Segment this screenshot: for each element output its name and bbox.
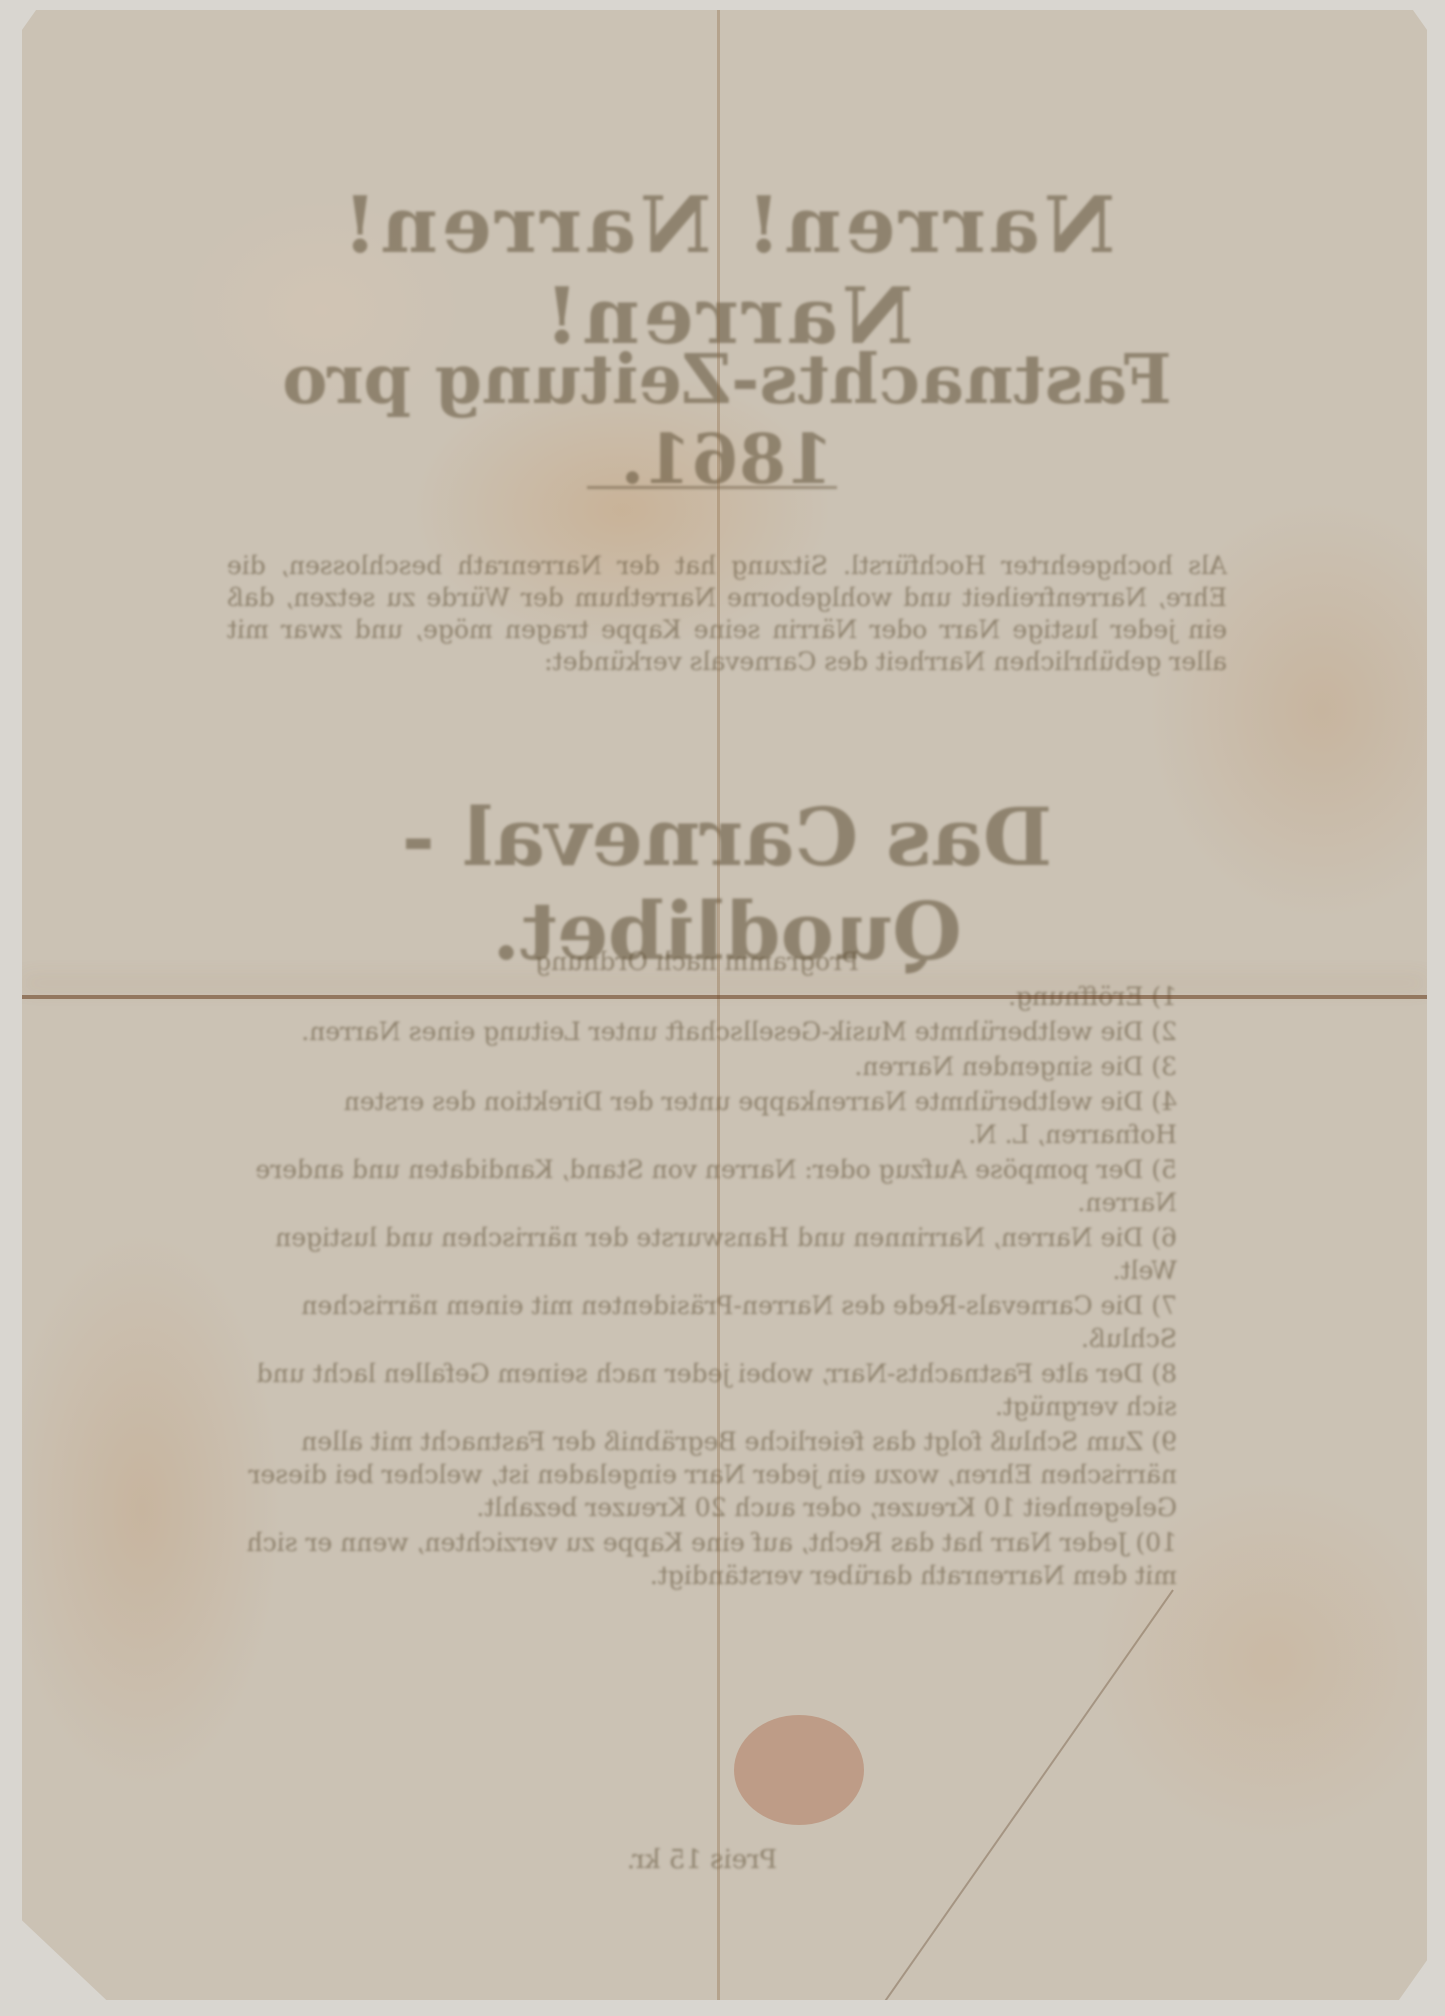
list-item: 5) Der pompöse Aufzug oder: Narren von S… bbox=[217, 1153, 1177, 1219]
list-item: 4) Die weltberühmte Narrenkappe unter de… bbox=[217, 1085, 1177, 1151]
subheadline: Fastnachts-Zeitung pro 1861. bbox=[227, 340, 1227, 500]
list-item: 9) Zum Schluß folgt das feierliche Begrä… bbox=[217, 1425, 1177, 1524]
paper-sheet: Narren! Narren! Narren! Fastnachts-Zeitu… bbox=[22, 10, 1427, 2000]
list-item: 7) Die Carnevals-Rede des Narren-Präside… bbox=[217, 1289, 1177, 1355]
list-item: 6) Die Narren, Narrinnen und Hanswurste … bbox=[217, 1221, 1177, 1287]
list-item: 8) Der alte Fastnachts-Narr, wobei jeder… bbox=[217, 1357, 1177, 1423]
horizontal-fold-crease bbox=[22, 995, 1427, 999]
list-item: 2) Die weltberühmte Musik-Gesellschaft u… bbox=[217, 1015, 1177, 1048]
divider bbox=[587, 486, 837, 489]
price-line: Preis 15 kr. bbox=[577, 1845, 827, 1875]
headline: Narren! Narren! Narren! bbox=[227, 180, 1227, 362]
list-item: 3) Die singenden Narren. bbox=[217, 1050, 1177, 1083]
bleed-through-text: Narren! Narren! Narren! Fastnachts-Zeitu… bbox=[22, 10, 1427, 2000]
intro-paragraph: Als hochgeehrter Hochfürstl. Sitzung hat… bbox=[227, 550, 1227, 678]
list-subtitle: Programm nach Ordnung bbox=[217, 945, 1177, 978]
vertical-fold-crease bbox=[717, 10, 720, 2000]
program-list: Programm nach Ordnung 1) Eröffnung. 2) D… bbox=[217, 945, 1177, 1594]
list-item: 10) Jeder Narr hat das Recht, auf eine K… bbox=[217, 1526, 1177, 1592]
stain-spot bbox=[734, 1715, 864, 1825]
